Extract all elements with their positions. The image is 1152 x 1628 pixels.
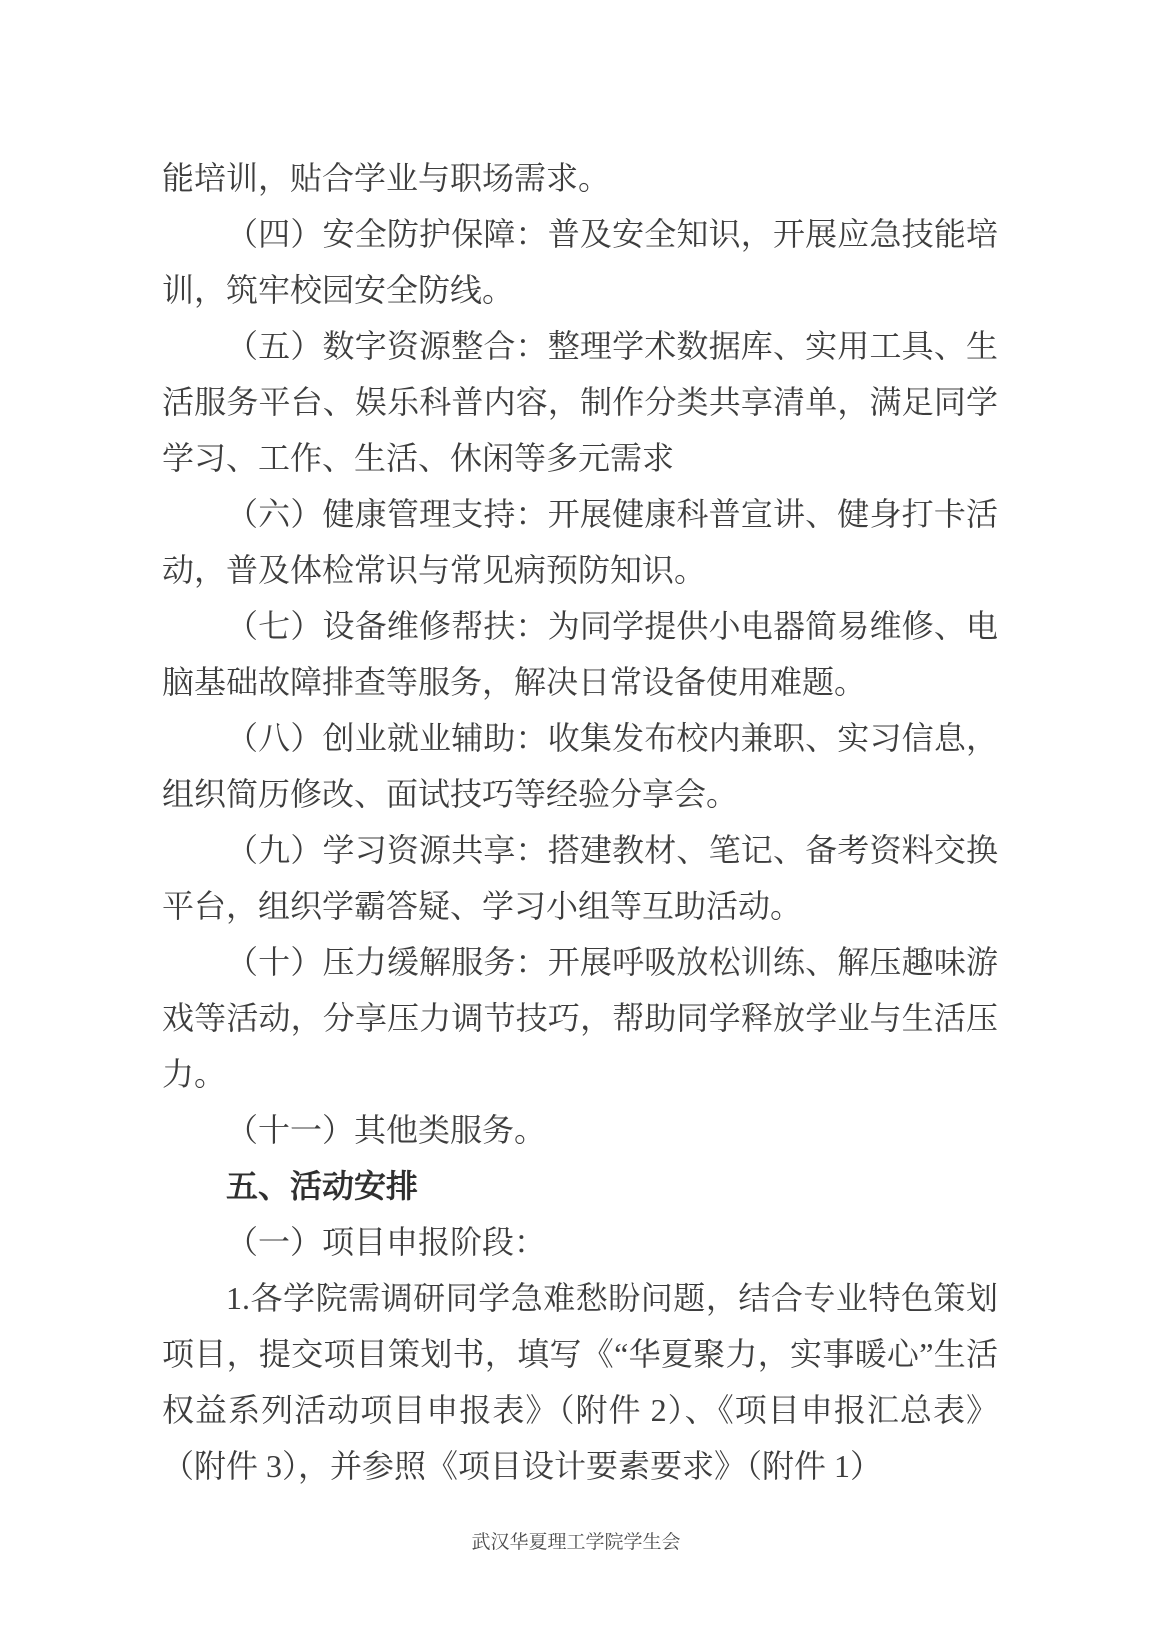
paragraph: （十）压力缓解服务：开展呼吸放松训练、解压趣味游戏等活动，分享压力调节技巧，帮助… (162, 934, 998, 1102)
paragraph: 1.各学院需调研同学急难愁盼问题，结合专业特色策划项目，提交项目策划书，填写《“… (162, 1270, 998, 1494)
page-footer: 武汉华夏理工学院学生会 (0, 1530, 1152, 1556)
paragraph: （七）设备维修帮扶：为同学提供小电器简易维修、电脑基础故障排查等服务，解决日常设… (162, 598, 998, 710)
paragraph: （五）数字资源整合：整理学术数据库、实用工具、生活服务平台、娱乐科普内容，制作分… (162, 318, 998, 486)
document-body: 能培训，贴合学业与职场需求。（四）安全防护保障：普及安全知识，开展应急技能培训，… (162, 150, 998, 1494)
document-page: 能培训，贴合学业与职场需求。（四）安全防护保障：普及安全知识，开展应急技能培训，… (0, 0, 1152, 1628)
section-heading: 五、活动安排 (162, 1158, 998, 1214)
paragraph: （十一）其他类服务。 (162, 1102, 998, 1158)
paragraph: （四）安全防护保障：普及安全知识，开展应急技能培训，筑牢校园安全防线。 (162, 206, 998, 318)
paragraph: （一）项目申报阶段： (162, 1214, 998, 1270)
paragraph: 能培训，贴合学业与职场需求。 (162, 150, 998, 206)
paragraph: （六）健康管理支持：开展健康科普宣讲、健身打卡活动，普及体检常识与常见病预防知识… (162, 486, 998, 598)
paragraph: （八）创业就业辅助：收集发布校内兼职、实习信息，组织简历修改、面试技巧等经验分享… (162, 710, 998, 822)
paragraph: （九）学习资源共享：搭建教材、笔记、备考资料交换平台，组织学霸答疑、学习小组等互… (162, 822, 998, 934)
